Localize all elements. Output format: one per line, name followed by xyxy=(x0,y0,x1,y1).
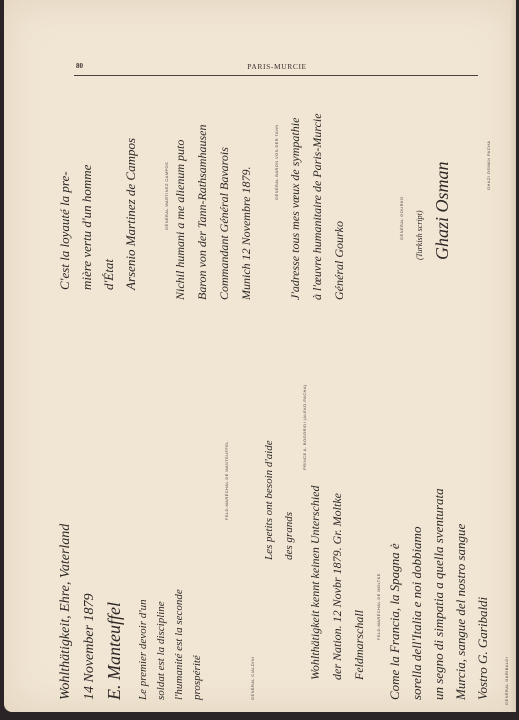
header-rule xyxy=(74,75,478,76)
text-line: Ghazi Osman xyxy=(431,161,453,260)
text-line: Feldmarschall xyxy=(348,485,370,680)
text-line: Général Gourko xyxy=(328,113,350,300)
text-line: C'est la loyauté la pre- xyxy=(54,138,76,290)
signature-garibaldi: Come la Francia, la Spagna è sorella del… xyxy=(384,488,494,700)
signature-manteuffel: Wohlthätigkeit, Ehre, Vaterland 14 Novem… xyxy=(54,524,126,700)
signature-von-der-tann: Nichil humani a me alienum puto Baron vo… xyxy=(169,125,257,300)
text-line: Come la Francia, la Spagna è xyxy=(384,488,406,700)
page-header: 80 PARIS-MURCIE xyxy=(76,62,478,76)
signature-bogoridi: Les petits ont besoin d'aide des grands xyxy=(259,440,299,560)
caption-gourko: GÉNÉRAL GOURKO xyxy=(399,197,404,240)
caption-garibaldi: GÉNÉRAL GARIBALDI xyxy=(504,657,509,705)
caption-manteuffel: FELD-MARÉCHAL DE MANTEUFFEL xyxy=(224,441,229,520)
text-line: soldat est la discipline xyxy=(152,589,170,700)
text-line: prospérité xyxy=(188,589,206,700)
signature-moltke: Wohlthätigkeit kennt keinen Unterschied … xyxy=(304,485,370,680)
text-line: der Nation. 12 Novbr 1879. Gr. Moltke xyxy=(326,485,348,680)
text-line: des grands xyxy=(279,440,299,560)
text-line: Wohlthätigkeit, Ehre, Vaterland xyxy=(54,524,78,700)
caption-moltke: FELD-MARÉCHAL DE MOLTKE xyxy=(376,573,381,640)
text-line: Commandant Général Bavarois xyxy=(213,125,235,300)
signature-cialdini: Le premier devoir d'un soldat est la dis… xyxy=(134,589,206,700)
scanned-page: 80 PARIS-MURCIE C'est la loyauté la pre-… xyxy=(4,0,516,712)
text-line: Nichil humani a me alienum puto xyxy=(169,125,191,300)
caption-bogoridi: PRINCE A. BOGORIDI (ALEKO-PACHA) xyxy=(302,384,307,470)
text-line: sorella dell'Italia e noi dobbiamo xyxy=(406,488,428,700)
text-line: Le premier devoir d'un xyxy=(134,589,152,700)
caption-von-der-tann: GÉNÉRAL BARON VON DER TANN xyxy=(274,124,279,200)
text-line: Les petits ont besoin d'aide xyxy=(259,440,279,560)
text-line: Baron von der Tann-Rathsamhausen xyxy=(191,125,213,300)
text-line: J'adresse tous mes vœux de sympathie xyxy=(284,113,306,300)
text-line: Vostro G. Garibaldi xyxy=(472,488,494,700)
running-title: PARIS-MURCIE xyxy=(76,62,478,71)
text-line: Murcia, sangue del nostro sangue xyxy=(450,488,472,700)
text-line: mière vertu d'un homme xyxy=(76,138,98,290)
text-line: (Turkish script) xyxy=(409,161,431,260)
text-line: d'État xyxy=(98,138,120,290)
caption-ghazi-osman: GHAZI OSMAN PACHA xyxy=(486,141,491,190)
text-line: Wohlthätigkeit kennt keinen Unterschied xyxy=(304,485,326,680)
signature-martinez-campos: C'est la loyauté la pre- mière vertu d'u… xyxy=(54,138,142,290)
text-line: 14 November 1879 xyxy=(78,524,102,700)
text-line: Arsenio Martinez de Campos xyxy=(120,138,142,290)
signature-gourko: J'adresse tous mes vœux de sympathie à l… xyxy=(284,113,350,300)
text-line: E. Manteuffel xyxy=(102,524,126,700)
text-line: à l'œuvre humanitaire de Paris-Murcie xyxy=(306,113,328,300)
caption-cialdini: GÉNÉRAL CIALDINI xyxy=(250,657,255,700)
signature-ghazi-osman: (Turkish script) Ghazi Osman xyxy=(409,161,453,260)
page-edge xyxy=(510,0,516,712)
text-line: un segno di simpatia a quella sventurata xyxy=(428,488,450,700)
text-line: l'humanité est la seconde xyxy=(170,589,188,700)
text-line: Munich 12 Novembre 1879. xyxy=(235,125,257,300)
